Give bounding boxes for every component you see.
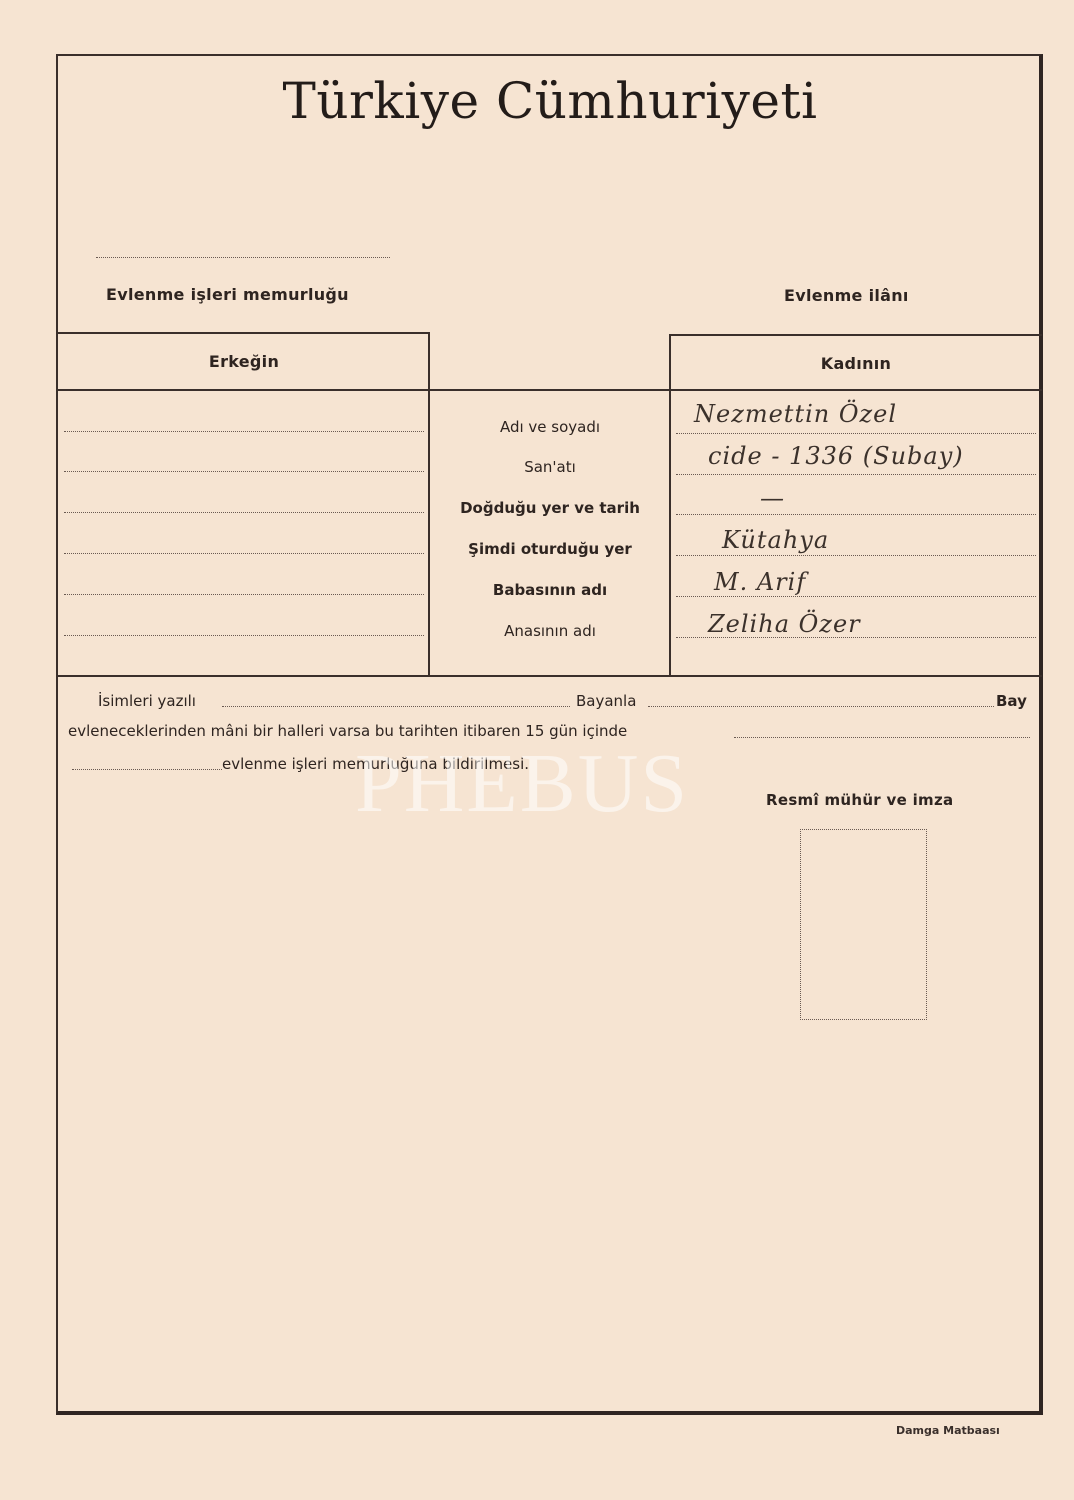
women-name-value[interactable]: Nezmettin Özel <box>694 400 897 428</box>
row-label-father: Babasının adı <box>430 581 670 599</box>
women-residence-value[interactable]: Kütahya <box>722 526 829 554</box>
column-header-men: Erkeğin <box>58 352 430 371</box>
women-father-value[interactable]: M. Arif <box>714 568 806 596</box>
row-label-name: Adı ve soyadı <box>430 418 670 436</box>
table-rule <box>670 334 1042 336</box>
stamp-label: Resmî mühür ve imza <box>766 791 953 809</box>
men-field-oturdugu[interactable] <box>64 553 424 554</box>
row-label-profession: San'atı <box>430 458 670 476</box>
women-profession-value[interactable]: cide - 1336 (Subay) <box>708 442 964 470</box>
women-field-line <box>676 555 1036 556</box>
notice-label: Evlenme ilânı <box>784 286 909 305</box>
table-rule <box>58 675 1042 677</box>
women-birth-value[interactable]: — <box>760 484 785 512</box>
groom-name-field[interactable] <box>648 706 994 707</box>
women-mother-value[interactable]: Zeliha Özer <box>708 610 861 638</box>
notice-line3-field[interactable] <box>72 769 222 770</box>
row-label-residence: Şimdi oturduğu yer <box>430 540 670 558</box>
men-field-sanati[interactable] <box>64 471 424 472</box>
stamp-signature-box[interactable] <box>800 829 927 1020</box>
women-field-line <box>676 474 1036 475</box>
women-field-line <box>676 514 1036 515</box>
women-field-line <box>676 433 1036 434</box>
men-field-ana[interactable] <box>64 635 424 636</box>
table-rule <box>58 389 1042 391</box>
office-label: Evlenme işleri memurluğu <box>106 285 349 304</box>
notice-line1-end: Bay <box>996 692 1027 710</box>
bride-name-field[interactable] <box>222 706 570 707</box>
column-header-women: Kadının <box>670 354 1042 373</box>
table-rule <box>58 332 430 334</box>
men-field-adi[interactable] <box>64 431 424 432</box>
page-title: Türkiye Cümhuriyeti <box>0 72 1074 130</box>
printer-credit: Damga Matbaası <box>896 1424 1000 1437</box>
notice-line2-field[interactable] <box>734 737 1030 738</box>
row-label-mother: Anasının adı <box>430 622 670 640</box>
men-field-baba[interactable] <box>64 594 424 595</box>
men-field-dogdugu[interactable] <box>64 512 424 513</box>
women-field-line <box>676 596 1036 597</box>
notice-line1-mid: Bayanla <box>576 692 636 710</box>
notice-line1-start: İsimleri yazılı <box>98 692 196 710</box>
office-dotted-line <box>96 257 390 258</box>
row-label-birth: Doğduğu yer ve tarih <box>430 499 670 517</box>
watermark: PHEBUS <box>355 735 689 832</box>
